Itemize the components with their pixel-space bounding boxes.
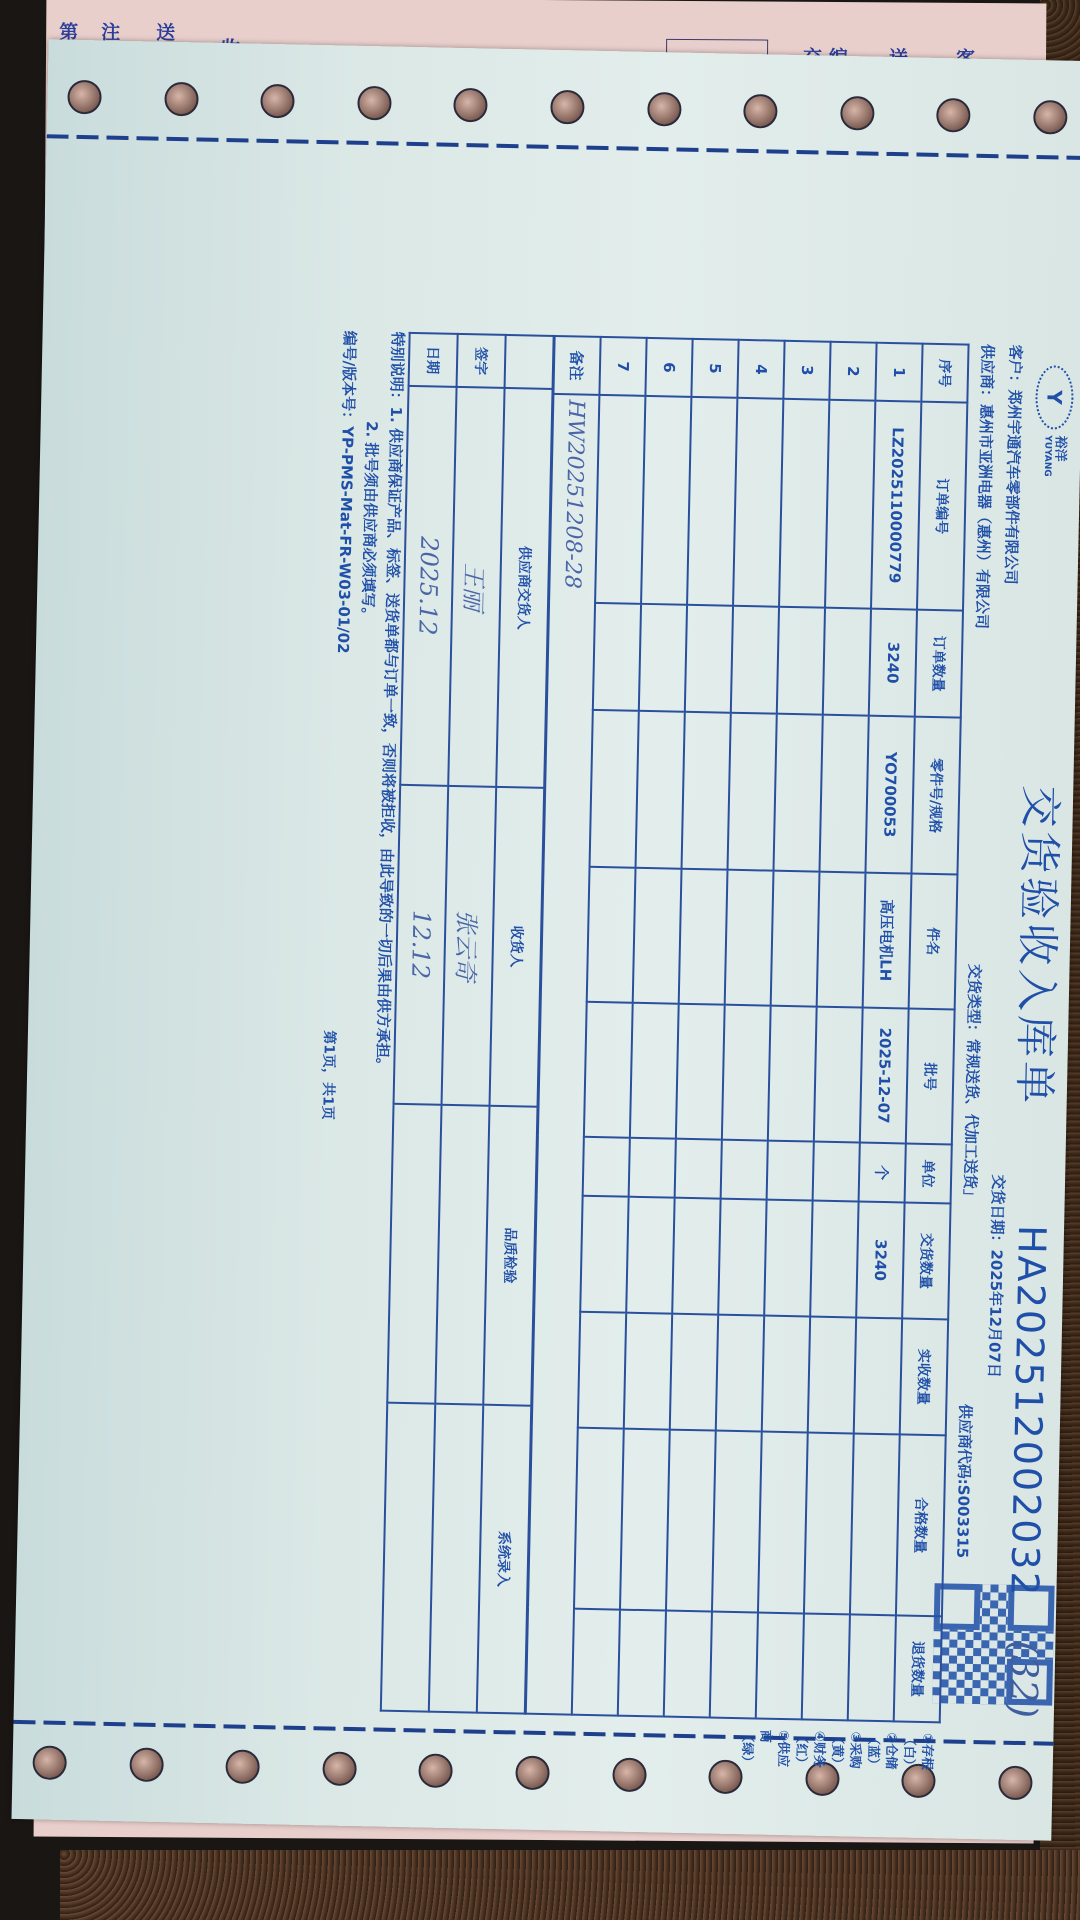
cell-delivered: 3240	[856, 1201, 904, 1319]
document-number: HA202512002032	[1002, 1225, 1054, 1599]
form-title: 交货验收入库单	[1007, 785, 1074, 1108]
col-header-part-no: 零件号/规格	[911, 717, 960, 875]
copy-4: ④财务（红）	[791, 1730, 828, 1771]
cell-order-no: LZ2025110000779	[871, 401, 921, 610]
delivery-receipt-sheet: Y 裕洋 YUYANG 交货验收入库单 HA202512002032 客户：郑州…	[11, 39, 1080, 1840]
copy-3: ③采购（黄）	[827, 1731, 864, 1772]
cell-returned	[848, 1615, 896, 1722]
logo-icon: Y	[1035, 365, 1074, 430]
cell-part-no: YO700053	[865, 716, 914, 874]
supplier-signature: 王丽	[448, 387, 504, 786]
supplier-date: 2025.12	[400, 386, 456, 785]
cell-no: 1	[875, 343, 922, 402]
col-header-order-qty: 订单数量	[915, 610, 963, 718]
qc-date	[387, 1104, 441, 1404]
company-logo: Y 裕洋 YUYANG	[1034, 365, 1074, 477]
cell-qualified	[850, 1433, 900, 1616]
signature-table: 供应商交货人 收货人 品质检验 系统录入 签字 王丽 张云奇 日期 2025.1…	[380, 332, 555, 1715]
bg-left-label-3: 送	[151, 22, 178, 42]
cell-no: 4	[737, 340, 784, 399]
entry-date	[381, 1402, 435, 1711]
handwritten-mark: (32)	[975, 1639, 1046, 1700]
sign-header-entry: 系统录入	[477, 1404, 531, 1713]
col-header-qualified: 合格数量	[896, 1434, 946, 1617]
cell-order-qty: 3240	[869, 609, 917, 717]
col-header-returned: 退货数量	[894, 1616, 942, 1723]
col-header-received: 实收数量	[900, 1319, 948, 1435]
col-header-delivered: 交货数量	[902, 1202, 950, 1320]
cell-unit: 个	[859, 1143, 906, 1202]
delivery-type: 交货类型：常规送货、代加工送货」	[960, 964, 986, 1204]
entry-signature	[429, 1403, 483, 1712]
customer-label: 客户：	[1006, 344, 1025, 389]
cell-batch: 2025-12-07	[860, 1007, 909, 1144]
remark-label: 备注	[553, 336, 600, 395]
tractor-holes-top	[67, 80, 1067, 135]
copy-5: ⑤供应商（绿）	[737, 1729, 792, 1770]
sign-header-supplier: 供应商交货人	[496, 388, 552, 787]
cell-name: 高压电机LH	[863, 873, 912, 1009]
cell-no: 7	[599, 337, 646, 396]
supplier-name: 惠州市亚洲电器（惠州）有限公司	[973, 404, 996, 629]
delivery-date: 交货日期：2025年12月07日	[984, 1174, 1009, 1378]
cell-received	[854, 1318, 902, 1434]
qc-signature	[435, 1105, 489, 1405]
cell-no: 5	[691, 339, 738, 398]
cell-no: 3	[783, 341, 830, 400]
col-header-order-no: 订单编号	[917, 402, 967, 611]
logo-text: 裕洋	[1053, 435, 1067, 477]
supplier-label: 供应商：	[977, 344, 996, 404]
page-indicator: 第1页，共1页	[318, 1030, 340, 1120]
sign-header-blank	[505, 335, 554, 389]
items-table: 序号 订单编号 订单数量 零件号/规格 件名 批号 单位 交货数量 实收数量 合…	[525, 335, 970, 1723]
copy-distribution: ①存根（白） ②仓储（蓝） ③采购（黄） ④财务（红） ⑤供应商（绿）	[737, 1729, 936, 1773]
col-header-name: 件名	[909, 873, 958, 1009]
supplier-code: 供应商代码:S003315	[952, 1404, 976, 1559]
perforation-top	[47, 134, 1080, 160]
cell-no: 6	[645, 338, 692, 397]
col-header-unit: 单位	[905, 1144, 952, 1203]
customer-name: 郑州宇通汽车零部件有限公司	[1002, 389, 1024, 584]
supplier-line: 供应商：惠州市亚洲电器（惠州）有限公司	[972, 344, 999, 629]
sign-header-receiver: 收货人	[490, 786, 545, 1106]
date-label: 日期	[409, 333, 458, 387]
receiver-signature: 张云奇	[442, 785, 497, 1105]
col-header-no: 序号	[921, 344, 968, 403]
customer-line: 客户：郑州宇通汽车零部件有限公司	[1001, 344, 1027, 584]
copy-2: ②仓储（蓝）	[863, 1732, 900, 1773]
copy-1: ①存根（白）	[899, 1732, 936, 1773]
cell-no: 2	[829, 342, 876, 401]
sign-header-qc: 品质检验	[483, 1106, 537, 1406]
form-content: Y 裕洋 YUYANG 交货验收入库单 HA202512002032 客户：郑州…	[292, 310, 1080, 1886]
sign-label: 签字	[457, 334, 506, 388]
receiver-date: 12.12	[394, 784, 449, 1104]
col-header-batch: 批号	[906, 1008, 955, 1145]
logo-subtext: YUYANG	[1040, 435, 1054, 477]
